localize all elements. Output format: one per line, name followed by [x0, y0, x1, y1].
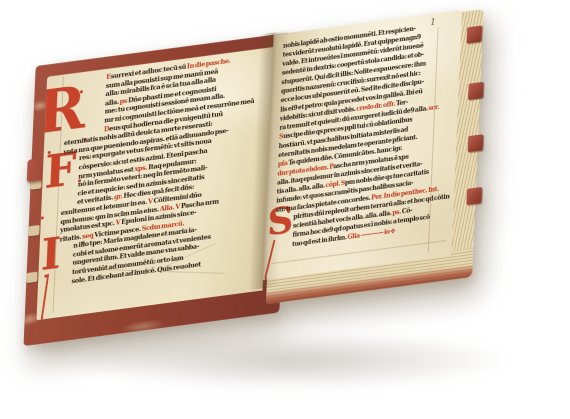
- left-page-text-block: Esurrexi et adhuc tecū sū In die pasche.…: [58, 52, 269, 288]
- book-shadow: [70, 330, 510, 390]
- right-page-text-block: nobis lapidē ab ostio monumēti. Et respi…: [274, 19, 458, 252]
- leather-index-tab: [468, 82, 484, 100]
- sewing-band: [26, 272, 37, 284]
- rubric-text: ps.: [392, 209, 402, 217]
- manuscript-photo: R F I Esurrexi et adhuc tecū sū In die p…: [0, 0, 570, 419]
- leather-index-tab: [466, 187, 482, 205]
- leather-index-tab: [468, 134, 484, 152]
- rubric-text: scr.: [428, 104, 439, 112]
- right-manuscript-page: 1 S nobis lapidē ab ostio monumēti. Et r…: [263, 10, 462, 280]
- left-manuscript-page: R F I Esurrexi et adhuc tecū sū In die p…: [36, 47, 273, 320]
- leather-index-tab: [466, 25, 482, 43]
- initial-descender-flourish: [39, 274, 57, 320]
- sewing-band: [28, 225, 39, 237]
- open-manuscript-book: R F I Esurrexi et adhuc tecū sū In die p…: [24, 1, 485, 346]
